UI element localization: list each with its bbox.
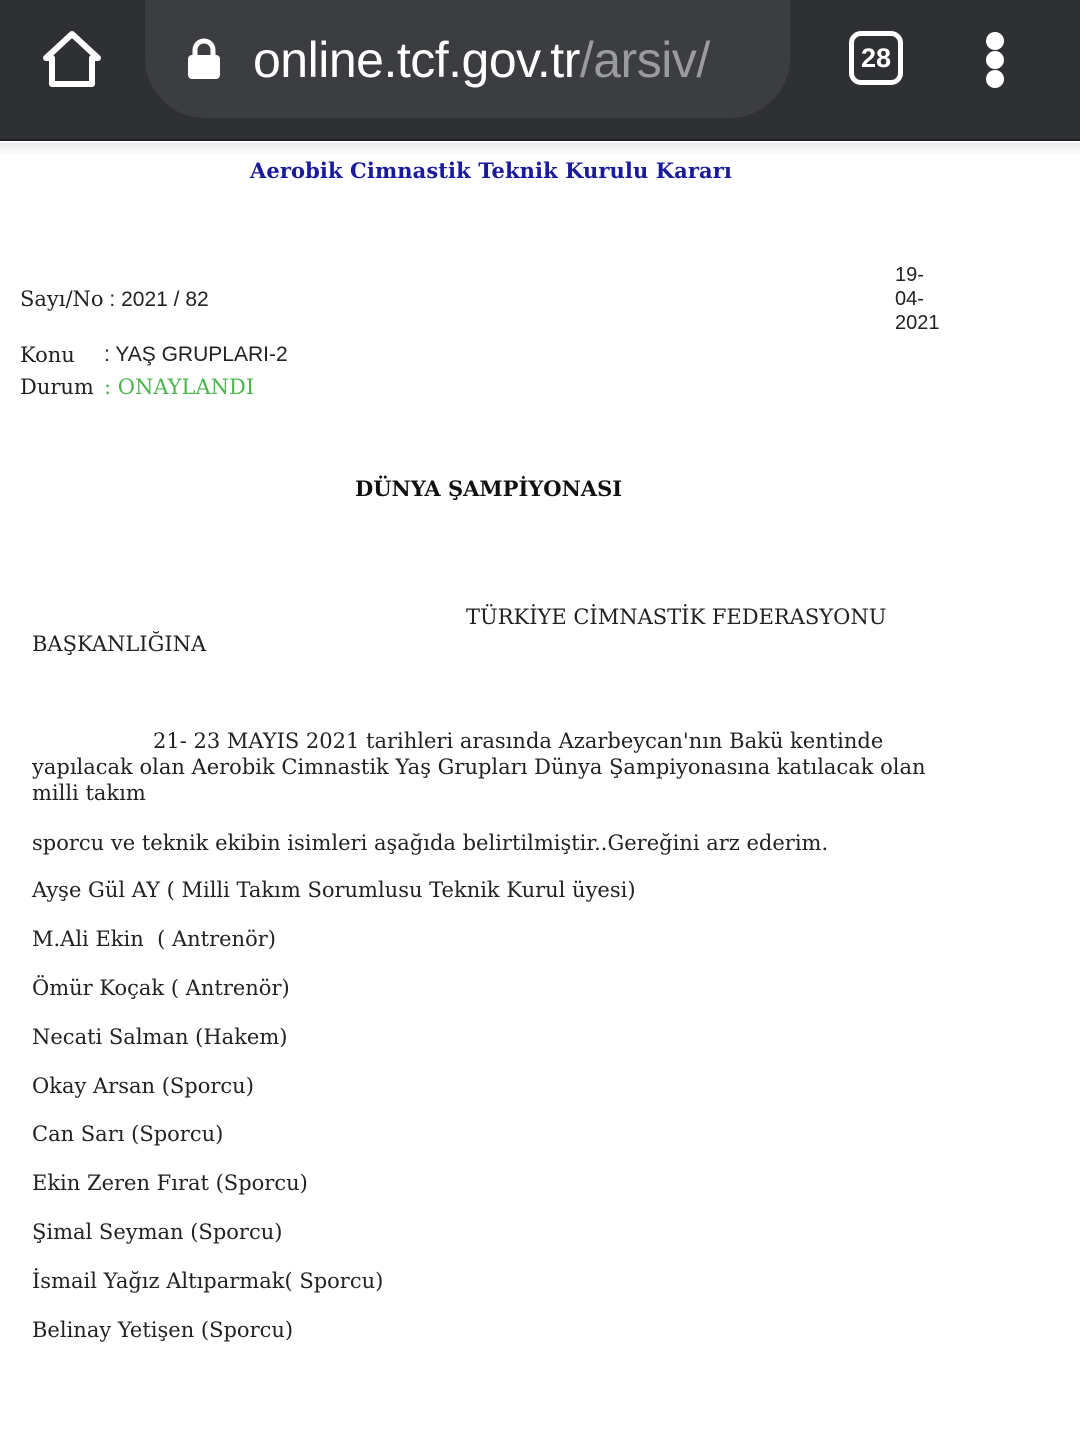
list-item: Ayşe Gül AY ( Milli Takım Sorumlusu Tekn…	[32, 878, 636, 927]
tabs-counter-button[interactable]: 28	[849, 31, 903, 85]
closing-sentence: sporcu ve teknik ekibin isimleri aşağıda…	[32, 831, 828, 855]
browser-toolbar: online.tcf.gov.tr/arsiv/ 28	[0, 0, 1080, 141]
url-host: online.tcf.gov.tr	[253, 32, 580, 88]
list-item: Şimal Seyman (Sporcu)	[32, 1220, 636, 1269]
document-title: Aerobik Cimnastik Teknik Kurulu Kararı	[250, 158, 732, 183]
lock-icon	[187, 38, 221, 80]
list-item: Ekin Zeren Fırat (Sporcu)	[32, 1171, 636, 1220]
url-path: /arsiv/	[580, 32, 710, 88]
durum-row: Durum : ONAYLANDI	[20, 375, 94, 399]
date-day: 19-	[895, 263, 955, 287]
konu-row: Konu : YAŞ GRUPLARI-2	[20, 343, 75, 367]
date-month: 04-	[895, 287, 955, 311]
page-content: Aerobik Cimnastik Teknik Kurulu Kararı S…	[0, 143, 1080, 1433]
list-item: İsmail Yağız Altıparmak( Sporcu)	[32, 1269, 636, 1318]
addressee-line-2: BAŞKANLIĞINA	[32, 632, 206, 656]
list-item: Belinay Yetişen (Sporcu)	[32, 1318, 636, 1367]
home-icon	[40, 28, 104, 92]
list-item: Can Sarı (Sporcu)	[32, 1122, 636, 1171]
list-item: Okay Arsan (Sporcu)	[32, 1074, 636, 1123]
date-year: 2021	[895, 311, 955, 335]
addressee-line-1: TÜRKİYE CİMNASTİK FEDERASYONU	[466, 605, 886, 629]
team-member-list: Ayşe Gül AY ( Milli Takım Sorumlusu Tekn…	[32, 878, 636, 1367]
more-vert-icon[interactable]	[976, 30, 1016, 90]
tab-count: 28	[861, 43, 891, 74]
url-text[interactable]: online.tcf.gov.tr/arsiv/	[253, 30, 778, 90]
section-title: DÜNYA ŞAMPİYONASI	[355, 476, 622, 501]
home-button[interactable]	[40, 28, 104, 92]
document-date: 19- 04- 2021	[895, 263, 955, 335]
list-item: Necati Salman (Hakem)	[32, 1025, 636, 1074]
body-text: 21- 23 MAYIS 2021 tarihleri arasında Aza…	[32, 729, 926, 805]
durum-label: Durum	[20, 375, 94, 399]
sayi-label: Sayı/No	[20, 287, 104, 311]
list-item: M.Ali Ekin ( Antrenör)	[32, 927, 636, 976]
sayi-row: Sayı/No : 2021 / 82	[20, 287, 209, 312]
status-badge: : ONAYLANDI	[104, 375, 254, 399]
konu-value: : YAŞ GRUPLARI-2	[104, 343, 288, 367]
list-item: Ömür Koçak ( Antrenör)	[32, 976, 636, 1025]
address-bar[interactable]: online.tcf.gov.tr/arsiv/	[145, 0, 790, 118]
toolbar-shadow	[0, 143, 1080, 155]
konu-label: Konu	[20, 343, 75, 367]
sayi-value: : 2021 / 82	[104, 288, 209, 311]
body-paragraph: 21- 23 MAYIS 2021 tarihleri arasında Aza…	[32, 728, 942, 806]
